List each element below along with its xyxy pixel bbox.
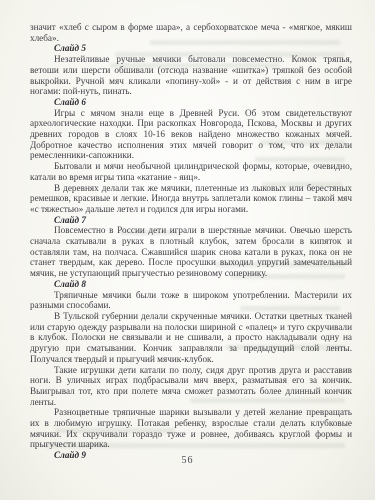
paragraph: Повсеместно в России дети играли в шерст…	[30, 225, 352, 279]
paragraph: Незатейливые ручные мячики бытовали повс…	[30, 54, 352, 97]
paragraph: В деревнях делали так же мячики, плетенн…	[30, 183, 352, 215]
slide-heading: Слайд 5	[30, 43, 352, 54]
paragraph: Тряпичные мячики были тоже в широком упо…	[30, 290, 352, 311]
page-number: 56	[0, 455, 375, 466]
slide-heading: Слайд 6	[30, 97, 352, 108]
paragraph: значит «хлеб с сыром в форме шара», а се…	[30, 22, 352, 43]
paragraph: В Тульской губернии делали скрученные мя…	[30, 311, 352, 365]
slide-heading: Слайд 7	[30, 215, 352, 226]
paragraph: Игры с мячом знали еще в Древней Руси. О…	[30, 108, 352, 162]
paragraph: Такие игрушки дети катали по полу, сидя …	[30, 365, 352, 408]
paragraph: Разноцветные тряпичные шарики вызывали у…	[30, 407, 352, 450]
slide-heading: Слайд 8	[30, 279, 352, 290]
page-text: значит «хлеб с сыром в форме шара», а се…	[30, 22, 352, 461]
paragraph: Бытовали и мячи необычной цилиндрической…	[30, 161, 352, 182]
scanned-document-page: значит «хлеб с сыром в форме шара», а се…	[0, 0, 375, 500]
